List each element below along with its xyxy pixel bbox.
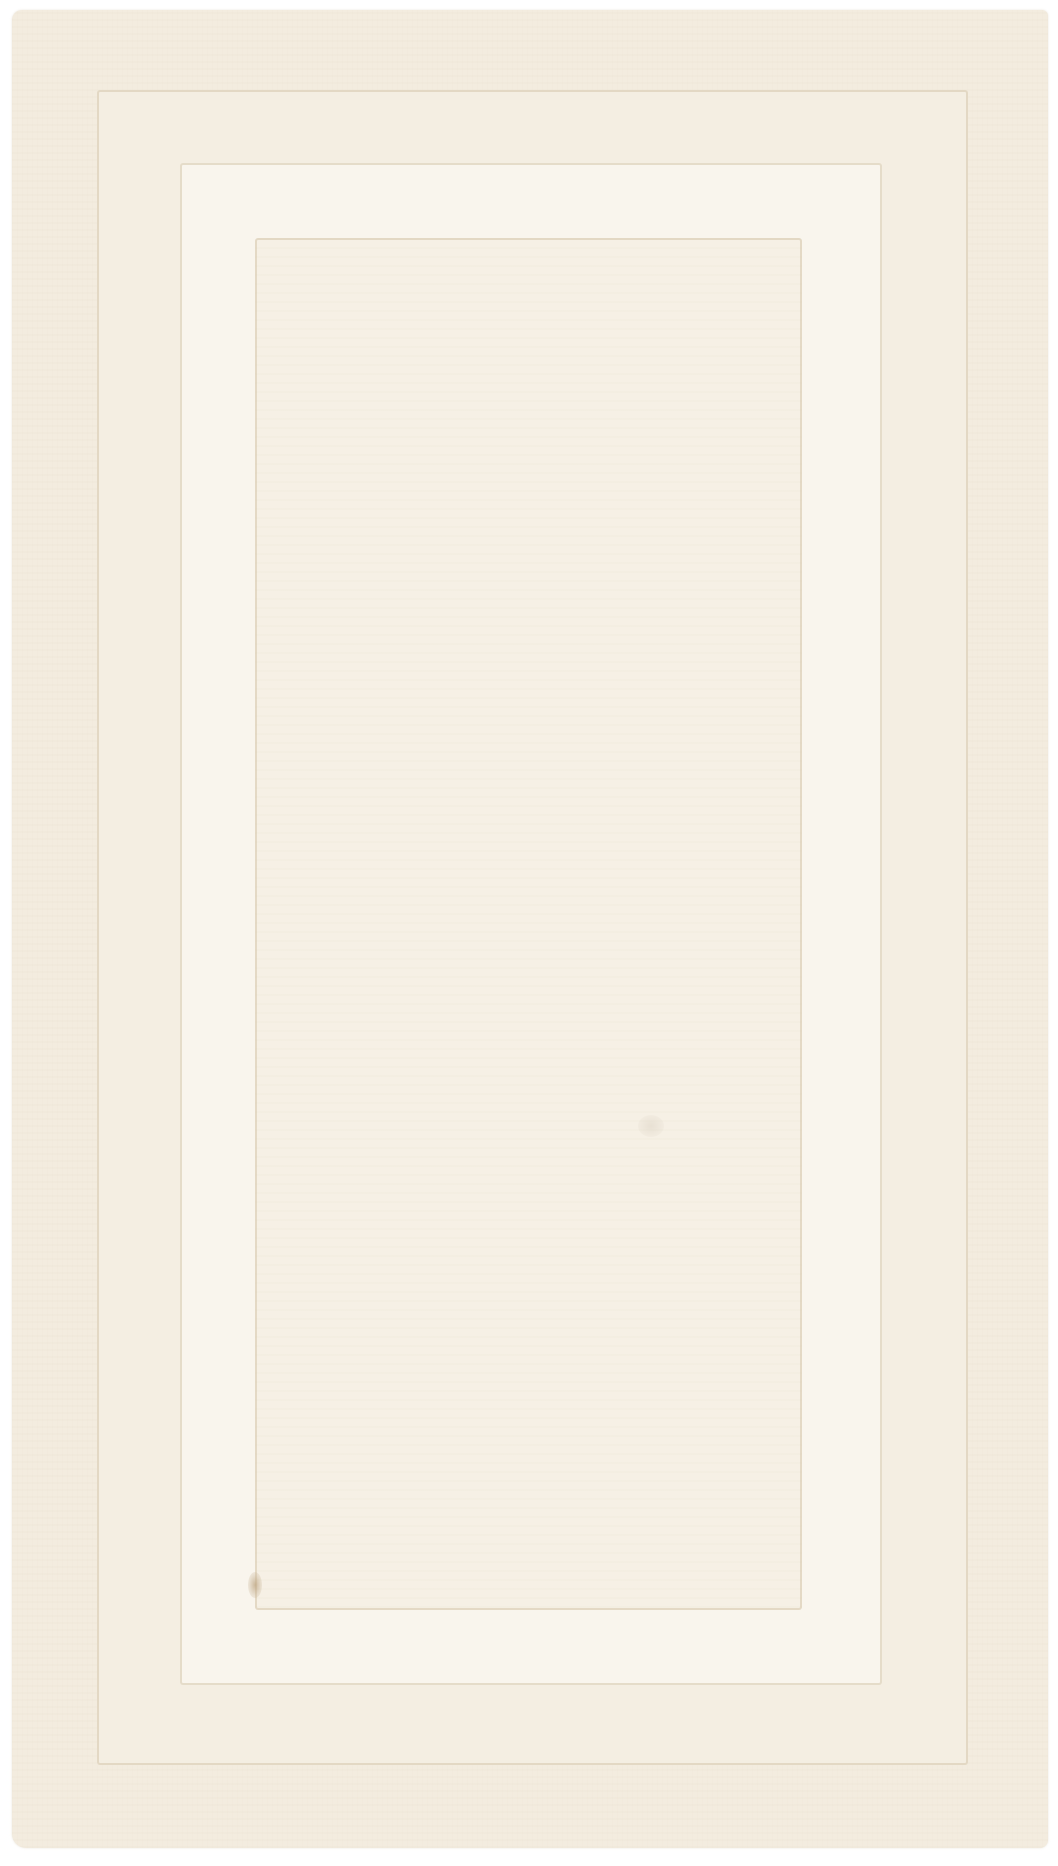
rug-smudge (638, 1115, 664, 1137)
rug (12, 10, 1048, 1848)
rug-stain (248, 1572, 262, 1598)
rug-inner-field (255, 238, 802, 1610)
